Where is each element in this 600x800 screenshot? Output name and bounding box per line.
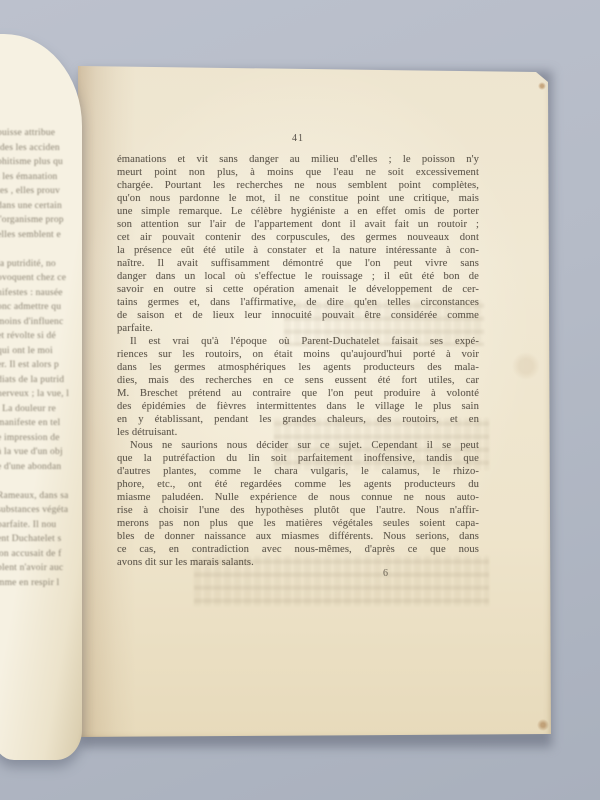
left-page-line: substances végéta xyxy=(0,503,81,518)
scene: puisse attribueides les accidenphitisme … xyxy=(0,0,600,800)
left-page-line: ides les acciden xyxy=(0,141,81,156)
left-page-line: la putridité, no xyxy=(0,257,81,272)
text-line: des épidémies de fièvres intermittentes … xyxy=(117,400,479,413)
left-page-line: dans une certain xyxy=(0,199,81,214)
show-through-texture xyxy=(274,418,489,470)
text-line: rise à choisir l'une des hypothèses plut… xyxy=(117,504,479,517)
right-page: 41 émanations et vit sans danger au mili… xyxy=(74,56,554,742)
left-page-line xyxy=(0,242,81,257)
left-page-line: ovoquent chez ce xyxy=(0,271,81,286)
text-line: dies, mais des recherches en ce sens eus… xyxy=(117,374,479,387)
left-page-line: blent n'avoir auc xyxy=(0,561,81,576)
left-page-line xyxy=(0,474,81,489)
left-page-line: er. Il est alors p xyxy=(0,358,81,373)
left-page-line: onc admettre qu xyxy=(0,300,81,315)
left-page-line: et révolte si dé xyxy=(0,329,81,344)
left-page-line: mme en respir l xyxy=(0,576,81,591)
text-line: meurt point non plus, à moins que l'eau … xyxy=(117,166,479,179)
text-line: dans les germes atmosphériques les agent… xyxy=(117,361,479,374)
text-line: chargée. Pourtant les recherches ne nous… xyxy=(117,179,479,192)
left-page-fragments: puisse attribueides les accidenphitisme … xyxy=(0,126,81,590)
left-page-line: parfaite. Il nou xyxy=(0,518,81,533)
left-page-line: à la vue d'un obj xyxy=(0,445,81,460)
text-line: émanations et vit sans danger au milieu … xyxy=(117,153,479,166)
text-line: une simple remarque. Le célèbre hygiénis… xyxy=(117,205,479,218)
left-page-line: elles semblent e xyxy=(0,228,81,243)
text-line: M. Breschet prétend au contraire que l'o… xyxy=(117,387,479,400)
text-line: cet air pouvait contenir des corpuscules… xyxy=(117,231,479,244)
left-page-line: tes , elles prouv xyxy=(0,184,81,199)
left-page-line: qui ont le moi xyxy=(0,344,81,359)
left-page-line: phitisme plus qu xyxy=(0,155,81,170)
page-number: 41 xyxy=(117,133,479,144)
page-text: émanations et vit sans danger au milieu … xyxy=(117,153,479,569)
show-through-texture xyxy=(284,300,484,346)
text-line: ce cas, en contradiction avec nous-mêmes… xyxy=(117,543,479,556)
text-line: qu'on nous pardonne le mot, il ne consti… xyxy=(117,192,479,205)
left-page-line: Rameaux, dans sa xyxy=(0,489,81,504)
text-line: bles de donner naissance aux miasmes dif… xyxy=(117,530,479,543)
left-page-line: . La douleur re xyxy=(0,402,81,417)
left-page-line: 'on accusait de f xyxy=(0,547,81,562)
text-line: riences sur les routoirs, on était moins… xyxy=(117,348,479,361)
text-line: miasme paludéen. Nulle expérience de nou… xyxy=(117,491,479,504)
text-line: phore, etc., ont été regardées comme les… xyxy=(117,478,479,491)
left-page-line: nerveux ; la vue, l xyxy=(0,387,81,402)
left-page-line: ent Duchatelet s xyxy=(0,532,81,547)
left-page-curl: puisse attribueides les accidenphitisme … xyxy=(0,34,82,760)
left-page-line: i les émanation xyxy=(0,170,81,185)
text-line: son attention sur l'air de l'appartement… xyxy=(117,218,479,231)
text-line: savoir en outre si cette opération amena… xyxy=(117,283,479,296)
left-page-line: manifeste en tel xyxy=(0,416,81,431)
left-page-line: moins d'influenc xyxy=(0,315,81,330)
left-page-line: puisse attribue xyxy=(0,126,81,141)
text-line: danger dans un local où s'effectue le ro… xyxy=(117,270,479,283)
left-page-line: nifestes : nausée xyxy=(0,286,81,301)
left-page-line: diats de la putrid xyxy=(0,373,81,388)
text-line: naître. Il avait suffisamment démontré q… xyxy=(117,257,479,270)
left-page-line: e d'une abondan xyxy=(0,460,81,475)
show-through-texture xyxy=(194,556,489,606)
text-line: merons pas non plus que les matières vég… xyxy=(117,517,479,530)
text-line: la présence eût été utile à constater et… xyxy=(117,244,479,257)
left-page-line: e impression de xyxy=(0,431,81,446)
left-page-line: l'organisme prop xyxy=(0,213,81,228)
